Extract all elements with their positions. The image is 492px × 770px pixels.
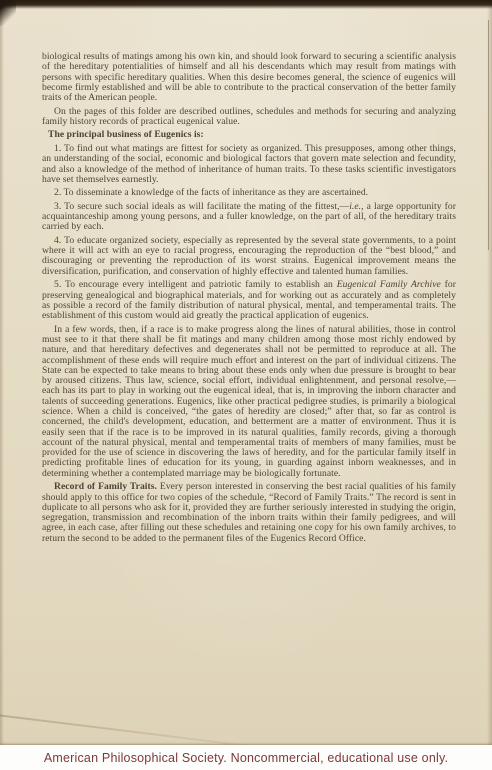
document-text-column: biological results of matings among his … (42, 52, 456, 544)
heading-principal-business: The principal business of Eugenics is: (42, 130, 456, 140)
para-folder: On the pages of this folder are describe… (42, 107, 456, 128)
paper-edge-line (488, 20, 489, 250)
text-segment: 2. To disseminate a knowledge of the fac… (54, 187, 368, 198)
text-segment: In a few words, then, if a race is to ma… (42, 324, 456, 479)
text-segment: biological results of matings among his … (42, 51, 456, 103)
text-segment: On the pages of this folder are describe… (42, 106, 456, 127)
item-5: 5. To encourage every intelligent and pa… (42, 280, 456, 321)
text-segment: 4. To educate organized society, especia… (42, 235, 456, 277)
text-segment: Every person interested in conserving th… (42, 481, 456, 543)
item-2: 2. To disseminate a knowledge of the fac… (42, 188, 456, 198)
para-in-a-few-words: In a few words, then, if a race is to ma… (42, 325, 456, 479)
scan-top-left-corner-shadow (0, 0, 16, 26)
attribution-caption: American Philosophical Society. Noncomme… (44, 751, 448, 765)
para-record-of-family-traits: Record of Family Traits. Every person in… (42, 482, 456, 544)
text-segment: The principal business of Eugenics is: (48, 129, 204, 140)
item-4: 4. To educate organized society, especia… (42, 236, 456, 277)
text-segment: 1. To find out what matings are fittest … (42, 143, 456, 185)
item-1: 1. To find out what matings are fittest … (42, 144, 456, 185)
item-3: 3. To secure such social ideals as will … (42, 202, 456, 233)
para-continuation: biological results of matings among his … (42, 52, 456, 103)
scanned-document-page: biological results of matings among his … (0, 0, 492, 770)
attribution-bar: American Philosophical Society. Noncomme… (0, 745, 492, 770)
scan-top-dark-edge (0, 0, 492, 9)
paper-left-edge-shadow (0, 0, 4, 770)
